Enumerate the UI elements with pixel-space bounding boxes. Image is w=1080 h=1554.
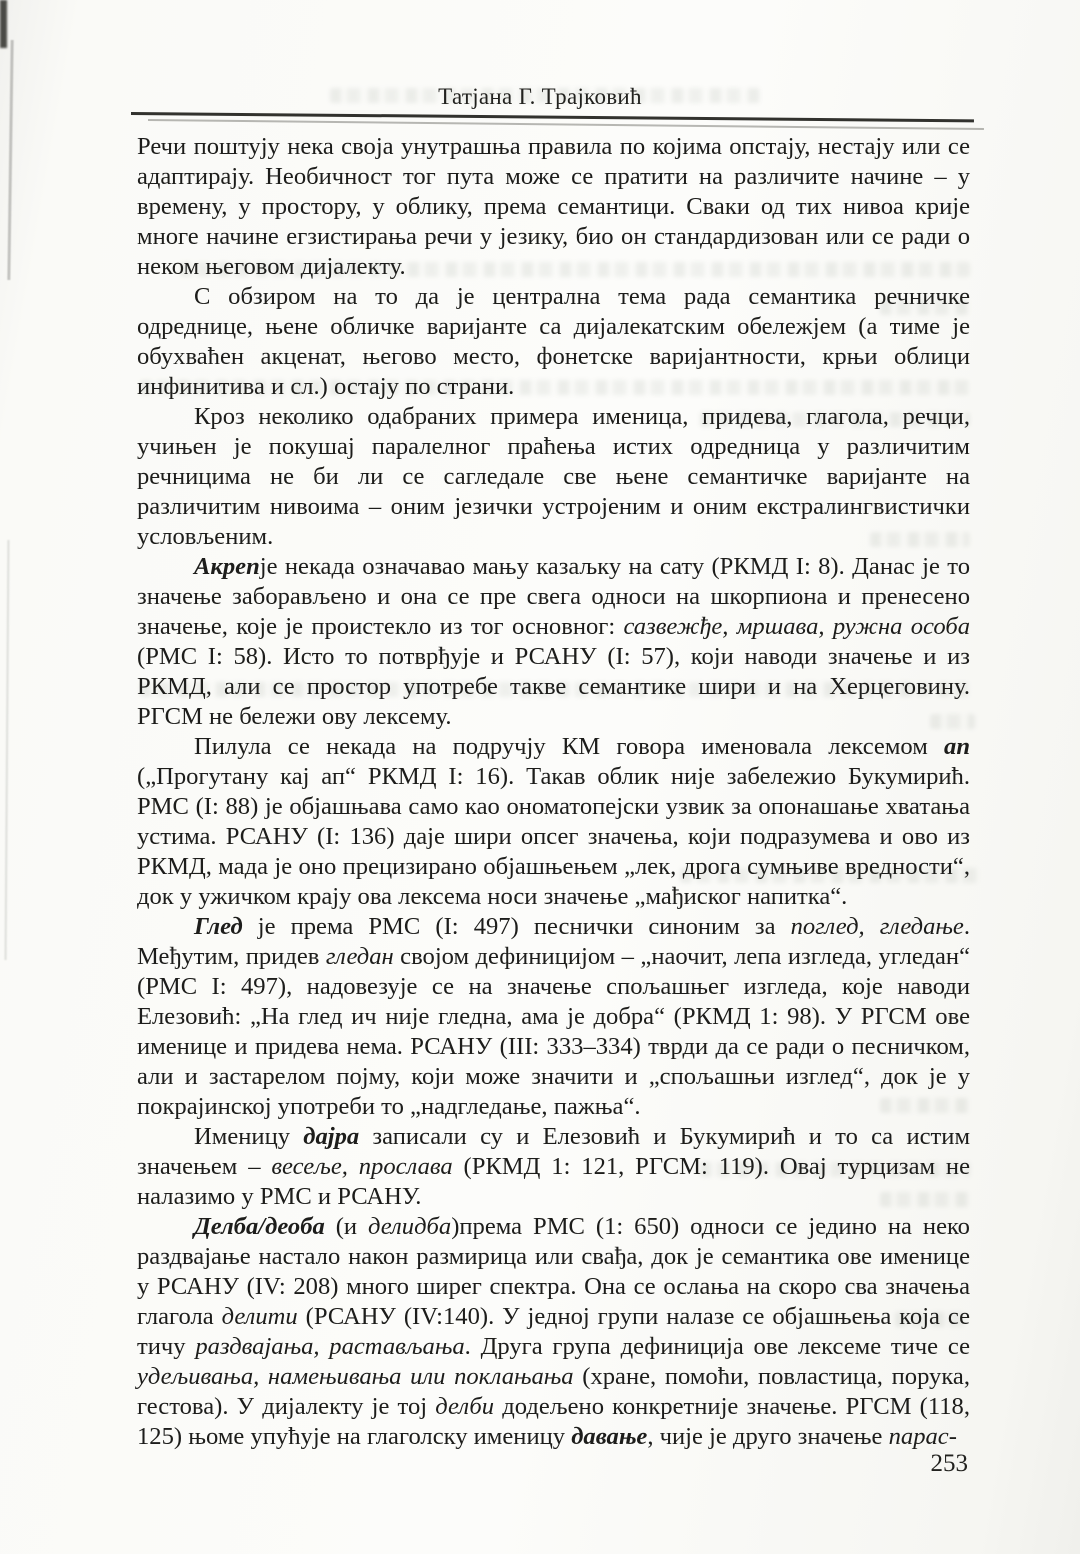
text-run: делби	[435, 1393, 494, 1420]
text-run: гледан	[326, 943, 394, 970]
paragraph: Делба/деоба (и делидба)према РМС (1: 650…	[137, 1212, 970, 1452]
text-run: делидба	[368, 1213, 451, 1240]
text-run: сазвежђе, мршава, ружна особа	[624, 613, 970, 640]
text-run: раздвајања, растављања	[195, 1333, 464, 1360]
lexeme-headword: давање	[571, 1423, 647, 1450]
text-run: Речи поштују нека своја унутрашња правил…	[137, 133, 970, 280]
lexeme-headword: Глед	[194, 913, 243, 940]
page-number: 253	[931, 1450, 969, 1478]
text-run: весеље, прослава	[271, 1153, 452, 1180]
text-run: . Друга група дефиниција ове лексеме тич…	[465, 1333, 970, 1360]
lexeme-headword: Акреп	[194, 553, 260, 580]
body-text: Речи поштују нека своја унутрашња правил…	[137, 132, 970, 1452]
paragraph: Глед је према РМС (I: 497) песнички сино…	[137, 912, 970, 1122]
text-run: парас-	[889, 1423, 957, 1450]
paragraph: Речи поштују нека своја унутрашња правил…	[137, 132, 970, 282]
lexeme-headword: ап	[944, 733, 970, 760]
scanned-paper-page: Татјана Г. Трајковић Речи поштују нека с…	[0, 0, 1080, 1554]
text-run: је према РМС (I: 497) песнички синоним з…	[243, 913, 791, 940]
lexeme-headword: дајра	[303, 1123, 359, 1150]
text-run: Именицу	[194, 1123, 303, 1150]
lexeme-headword: Делба/деоба	[194, 1213, 325, 1240]
text-run: , чије је друго значење	[647, 1423, 888, 1450]
text-run: делити	[222, 1303, 298, 1330]
paragraph: Кроз неколико одабраних примера именица,…	[137, 402, 970, 552]
text-run: Кроз неколико одабраних примера именица,…	[137, 403, 970, 550]
text-run: (РМС I: 58). Исто то потврђује и РСАНУ (…	[137, 643, 970, 730]
scan-artifact	[7, 40, 13, 280]
scan-artifact	[0, 0, 7, 48]
text-run: (и	[325, 1213, 368, 1240]
paragraph: Акрепје некада означавао мању казаљку на…	[137, 552, 970, 732]
paragraph: Именицу дајра записали су и Елезовић и Б…	[137, 1122, 970, 1212]
text-run: поглед, гледање	[791, 913, 964, 940]
text-run: С обзиром на то да је централна тема рад…	[137, 283, 970, 400]
running-header: Татјана Г. Трајковић	[0, 84, 1080, 110]
text-run: Пилула се некада на подручју КМ говора и…	[194, 733, 944, 760]
paragraph: Пилула се некада на подручју КМ говора и…	[137, 732, 970, 912]
text-run: („Прогутану кај ап“ РКМД I: 16). Такав о…	[137, 763, 970, 910]
paragraph: С обзиром на то да је централна тема рад…	[137, 282, 970, 402]
scan-artifact	[5, 540, 10, 960]
text-run: удељивања, намењивања или поклањања	[137, 1363, 574, 1390]
